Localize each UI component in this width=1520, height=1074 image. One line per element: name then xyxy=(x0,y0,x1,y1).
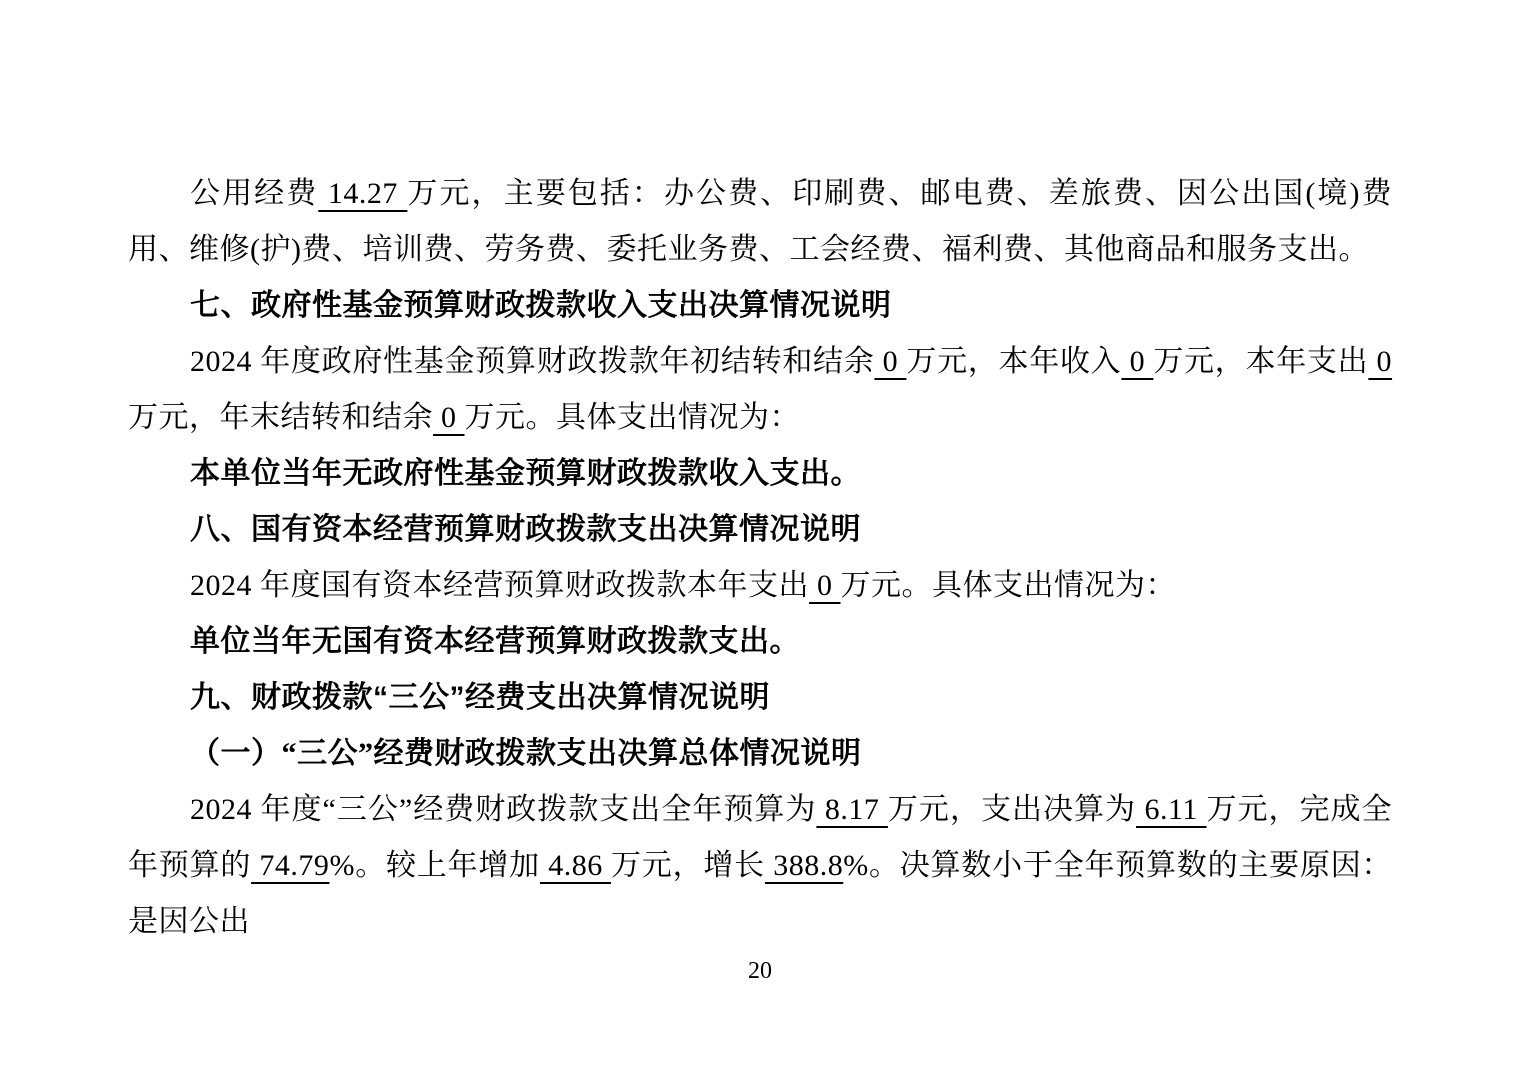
text-run: 2024 年度国有资本经营预算财政拨款本年支出 xyxy=(190,569,809,602)
underlined-value: 14.27 xyxy=(318,177,407,210)
statement-no-state-capital: 单位当年无国有资本经营预算财政拨款支出。 xyxy=(128,614,1392,670)
text-run: 2024 年度“三公”经费财政拨款支出全年预算为 xyxy=(190,793,816,826)
paragraph-three-public-details: 2024 年度“三公”经费财政拨款支出全年预算为 8.17 万元，支出决算为 6… xyxy=(128,782,1392,950)
underlined-value: 0 xyxy=(809,569,841,602)
underlined-value: 74.79 xyxy=(251,849,329,882)
text-run: 万元，增长 xyxy=(611,849,765,882)
text-run: 万元，本年收入 xyxy=(906,345,1121,378)
text-run: 万元。具体支出情况为： xyxy=(841,569,1177,602)
text-run: 万元。具体支出情况为： xyxy=(465,401,801,434)
underlined-value: 0 xyxy=(1368,345,1392,378)
paragraph-gov-fund-budget: 2024 年度政府性基金预算财政拨款年初结转和结余 0 万元，本年收入 0 万元… xyxy=(128,334,1392,446)
text-run: 单位当年无国有资本经营预算财政拨款支出。 xyxy=(190,625,800,658)
text-run: 本单位当年无政府性基金预算财政拨款收入支出。 xyxy=(190,457,861,490)
heading-section-eight: 八、国有资本经营预算财政拨款支出决算情况说明 xyxy=(128,502,1392,558)
heading-section-seven: 七、政府性基金预算财政拨款收入支出决算情况说明 xyxy=(128,278,1392,334)
text-run: 公用经费 xyxy=(190,177,318,210)
underlined-value: 6.11 xyxy=(1136,793,1206,826)
underlined-value: 388.8 xyxy=(765,849,843,882)
heading-text: 七、政府性基金预算财政拨款收入支出决算情况说明 xyxy=(190,289,892,322)
statement-no-gov-fund: 本单位当年无政府性基金预算财政拨款收入支出。 xyxy=(128,446,1392,502)
subheading-three-public-overview: （一）“三公”经费财政拨款支出决算总体情况说明 xyxy=(128,726,1392,782)
underlined-value: 0 xyxy=(433,401,465,434)
text-run: 2024 年度政府性基金预算财政拨款年初结转和结余 xyxy=(190,345,874,378)
subheading-text: （一）“三公”经费财政拨款支出决算总体情况说明 xyxy=(190,737,862,770)
underlined-value: 8.17 xyxy=(816,793,888,826)
heading-section-nine: 九、财政拨款“三公”经费支出决算情况说明 xyxy=(128,670,1392,726)
text-run: 万元，本年支出 xyxy=(1153,345,1368,378)
page-number: 20 xyxy=(0,956,1520,986)
underlined-value: 0 xyxy=(874,345,906,378)
underlined-value: 4.86 xyxy=(540,849,611,882)
text-run: %。较上年增加 xyxy=(329,849,539,882)
document-page: 公用经费 14.27 万元，主要包括：办公费、印刷费、邮电费、差旅费、因公出国(… xyxy=(0,0,1520,1074)
paragraph-state-capital-budget: 2024 年度国有资本经营预算财政拨款本年支出 0 万元。具体支出情况为： xyxy=(128,558,1392,614)
page-number-text: 20 xyxy=(748,958,772,984)
paragraph-general-expenses: 公用经费 14.27 万元，主要包括：办公费、印刷费、邮电费、差旅费、因公出国(… xyxy=(128,166,1392,278)
underlined-value: 0 xyxy=(1121,345,1153,378)
heading-text: 九、财政拨款“三公”经费支出决算情况说明 xyxy=(190,681,770,714)
heading-text: 八、国有资本经营预算财政拨款支出决算情况说明 xyxy=(190,513,861,546)
document-body: 公用经费 14.27 万元，主要包括：办公费、印刷费、邮电费、差旅费、因公出国(… xyxy=(128,166,1392,950)
text-run: 万元，支出决算为 xyxy=(888,793,1136,826)
text-run: 万元，年末结转和结余 xyxy=(128,401,433,434)
